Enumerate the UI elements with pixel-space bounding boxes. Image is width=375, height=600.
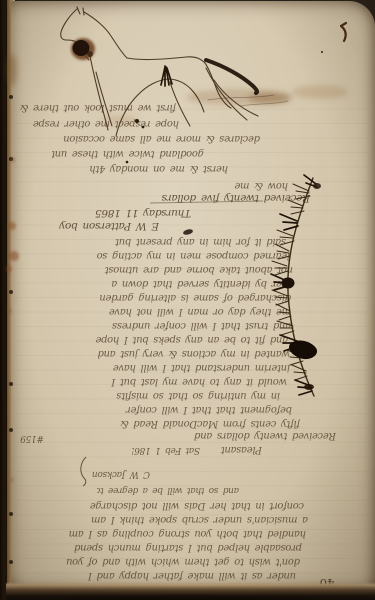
ink-specks: [126, 51, 323, 589]
horse-head: [61, 9, 77, 43]
hook-mark: [341, 23, 346, 41]
horse-belly-curve: [116, 79, 204, 136]
horse-tail: [206, 60, 257, 93]
page-stack-bottom-edge: [6, 582, 375, 600]
smudge-marks: [7, 54, 348, 125]
rust-stains: [6, 158, 19, 482]
horse-belly-line: [170, 82, 190, 126]
ink-sketch-layer: [0, 0, 375, 600]
grass-ink-blots: [282, 183, 322, 390]
horse-ears: [77, 7, 84, 15]
horse-neck-ink-blot: [71, 38, 95, 60]
underline-stroke: [150, 201, 263, 203]
horse-front-leg: [90, 56, 108, 130]
grass-slope-sketch: [271, 175, 317, 396]
horse-back: [127, 57, 205, 63]
scanned-notebook-photo: { "page": { "description": "Scanned 1865…: [0, 0, 375, 600]
signature-flourish: [81, 457, 86, 486]
horse-sketch: [61, 7, 288, 136]
